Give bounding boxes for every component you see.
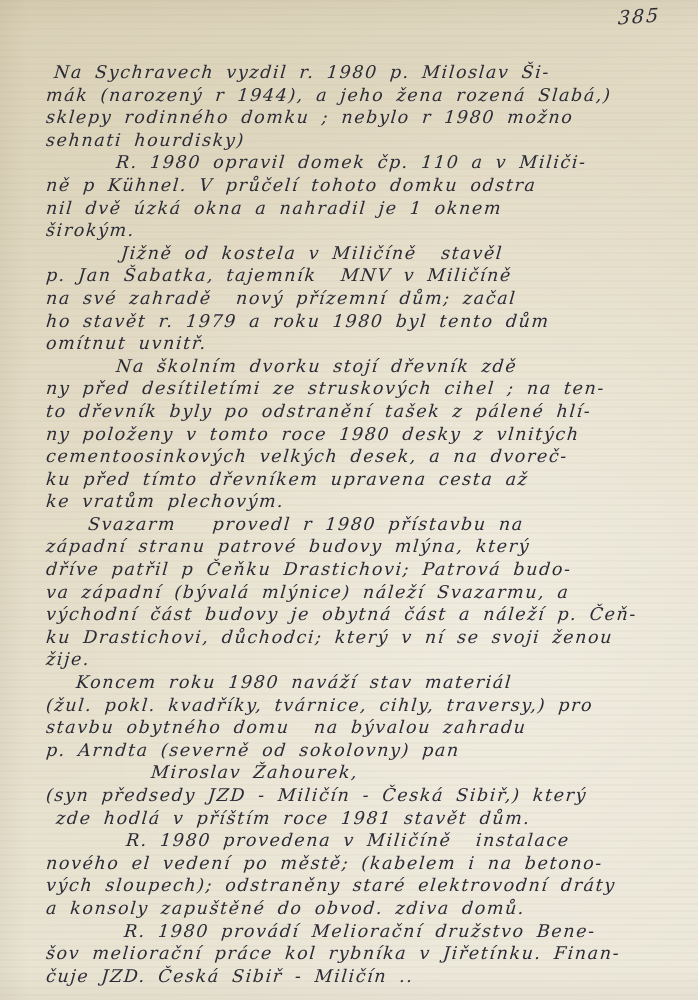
handwritten-line: to dřevník byly po odstranění tašek z pá… [45, 401, 666, 424]
page-number: 385 [617, 4, 661, 29]
handwritten-line: p. Jan Šabatka, tajemník MNV v Miličíně [45, 265, 666, 288]
handwritten-line: R. 1980 provádí Meliorační družstvo Bene… [45, 921, 666, 944]
handwritten-line: p. Arndta (severně od sokolovny) pan [45, 740, 666, 763]
handwritten-line: ny před desítiletími ze struskových cihe… [45, 378, 666, 401]
handwritten-line: ku Drastichovi, důchodci; který v ní se … [45, 627, 666, 650]
handwritten-line: ny položeny v tomto roce 1980 desky z vl… [45, 424, 666, 447]
handwritten-line: sklepy rodinného domku ; nebylo r 1980 m… [45, 107, 666, 130]
handwritten-line: ke vratům plechovým. [45, 491, 666, 514]
handwritten-line: Na školním dvorku stojí dřevník zdě [45, 356, 666, 379]
handwritten-line: Svazarm provedl r 1980 přístavbu na [45, 514, 666, 537]
handwritten-line: ho stavět r. 1979 a roku 1980 byl tento … [45, 311, 666, 334]
handwritten-text: Na Sychravech vyzdil r. 1980 p. Miloslav… [45, 62, 664, 988]
handwritten-line: dříve patřil p Čeňku Drastichovi; Patrov… [45, 559, 666, 582]
handwritten-line: nil dvě úzká okna a nahradil je 1 oknem [45, 198, 666, 221]
handwritten-line: šov meliorační práce kol rybníka v Jiřet… [45, 943, 666, 966]
handwritten-line: zde hodlá v příštím roce 1981 stavět dům… [45, 808, 666, 831]
handwritten-line: stavbu obytného domu na bývalou zahradu [45, 717, 666, 740]
handwritten-line: západní stranu patrové budovy mlýna, kte… [45, 536, 666, 559]
handwritten-line: čuje JZD. Česká Sibiř - Miličín .. [45, 966, 666, 989]
handwritten-line: va západní (bývalá mlýnice) náleží Svaza… [45, 582, 666, 605]
handwritten-line: žije. [45, 649, 666, 672]
handwritten-line: Koncem roku 1980 naváží stav materiál [45, 672, 666, 695]
handwritten-line: východní část budovy je obytná část a ná… [45, 604, 666, 627]
handwritten-line: (žul. pokl. kvadříky, tvárnice, cihly, t… [45, 695, 666, 718]
handwritten-line: na své zahradě nový přízemní dům; začal [45, 288, 666, 311]
handwritten-line: širokým. [45, 220, 666, 243]
handwritten-line: Miroslav Žahourek, [45, 762, 666, 785]
handwritten-line: cementoosinkových velkých desek, a na dv… [45, 446, 666, 469]
handwritten-line: mák (narozený r 1944), a jeho žena rozen… [45, 85, 666, 108]
handwritten-line: ku před tímto dřevníkem upravena cesta a… [45, 469, 666, 492]
handwritten-line: omítnut uvnitř. [45, 333, 666, 356]
handwritten-line: Jižně od kostela v Miličíně stavěl [45, 243, 666, 266]
handwritten-line: R. 1980 provedena v Miličíně instalace [45, 830, 666, 853]
handwritten-line: nového el vedení po městě; (kabelem i na… [45, 853, 666, 876]
handwritten-line: Na Sychravech vyzdil r. 1980 p. Miloslav… [45, 62, 666, 85]
handwritten-line: vých sloupech); odstraněny staré elektro… [45, 875, 666, 898]
handwritten-line: R. 1980 opravil domek čp. 110 a v Miliči… [45, 152, 666, 175]
handwritten-line: ně p Kühnel. V průčelí tohoto domku odst… [45, 175, 666, 198]
handwritten-line: sehnati hourdisky) [45, 130, 666, 153]
handwritten-line: (syn předsedy JZD - Miličín - Česká Sibi… [45, 785, 666, 808]
handwritten-line: a konsoly zapuštěné do obvod. zdiva domů… [45, 898, 666, 921]
chronicle-page: 385 Na Sychravech vyzdil r. 1980 p. Milo… [0, 0, 698, 1000]
